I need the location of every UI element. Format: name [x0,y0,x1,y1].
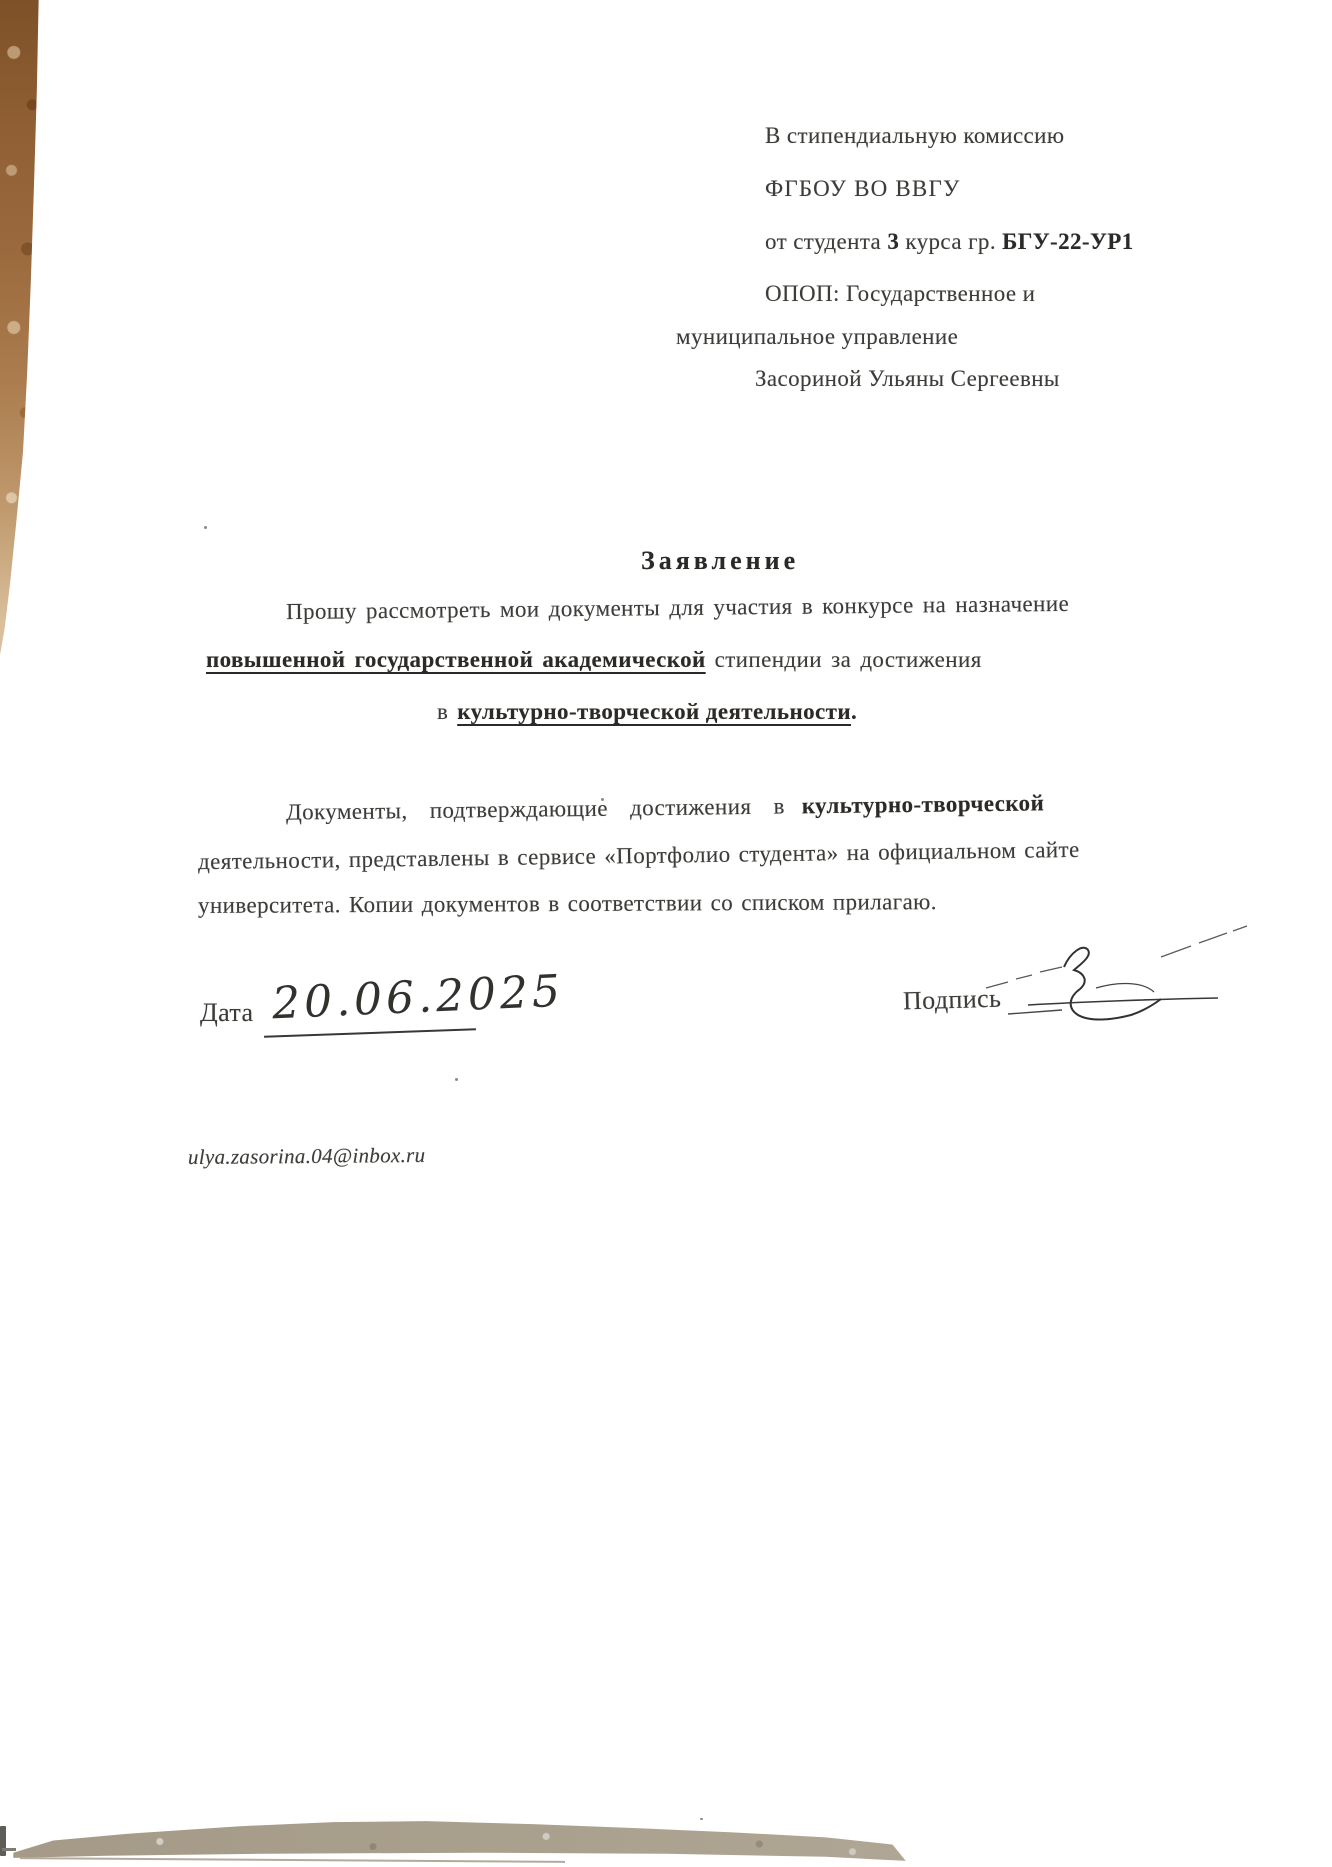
institution-line: ФГБОУ ВО ВВГУ [765,176,960,202]
paragraph2-line1-bold: культурно-творческой [802,790,1045,818]
paragraph2-line3-text: университета. Копии документов в соответ… [198,889,937,918]
scan-speck [204,526,207,529]
date-value-text: 20.06.2025 [271,966,565,1030]
course-number: 3 [887,229,899,254]
activity-area-bold-underlined: культурно-творческой деятельности [457,699,851,724]
group-code: БГУ-22-УР1 [1002,229,1133,254]
paragraph2-line2: деятельности, представлены в сервисе «По… [198,837,1080,875]
applicant-name-line: Засориной Ульяны Сергеевны [755,366,1060,392]
paragraph1-line1: Прошу рассмотреть мои документы для учас… [286,591,1069,625]
date-value-handwritten: 20.06.2025 [271,966,565,1030]
paragraph1-line3-prefix: в [437,699,448,724]
addressee-commission-text: В стипендиальную комиссию [765,123,1064,148]
program-line-second: муниципальное управление [676,324,958,350]
student-prefix-text: от студента [765,229,887,254]
paragraph2-line2-text: деятельности, представлены в сервисе «По… [198,837,1080,874]
paragraph2-line3: университета. Копии документов в соответ… [198,889,937,919]
date-underline [264,1028,476,1037]
paragraph1-line1-text: Прошу рассмотреть мои документы для учас… [286,591,1069,624]
scanned-application-document: В стипендиальную комиссию ФГБОУ ВО ВВГУ … [0,0,1332,1867]
scan-speck [700,1818,703,1820]
student-mid-text: курса гр. [899,229,1002,254]
scan-bottom-thin-line [20,1857,565,1863]
signature-scribble [980,915,1265,1045]
paragraph2-line1-regular: Документы, подтверждающие достижения в [286,794,785,825]
document-title: Заявление [641,546,799,576]
paragraph1-line3: вкультурно-творческой деятельности. [437,699,857,725]
date-label: Дата [200,998,253,1028]
institution-text: ФГБОУ ВО ВВГУ [765,176,960,201]
program-line-first: ОПОП: Государственное и [765,281,1035,307]
scan-bottom-left-mark [0,1826,6,1856]
paragraph2-line1: Документы, подтверждающие достижения вку… [286,790,1044,825]
addressee-commission-line: В стипендиальную комиссию [765,123,1064,149]
contact-email-text: ulya.zasorina.04@inbox.ru [188,1143,426,1169]
contact-email: ulya.zasorina.04@inbox.ru [188,1143,426,1170]
applicant-name-text: Засориной Ульяны Сергеевны [755,366,1060,391]
scan-speck [455,1078,458,1081]
student-course-group-line: от студента 3 курса гр. БГУ-22-УР1 [765,229,1134,255]
scan-bottom-left-mark-small [2,1848,16,1851]
program-text-second: муниципальное управление [676,324,958,349]
paragraph1-line2: повышенной государственной академической… [206,647,982,673]
scan-left-torn-edge [0,0,46,655]
program-text-first: ОПОП: Государственное и [765,281,1035,306]
date-label-text: Дата [200,998,253,1027]
paragraph1-line2-rest: стипендии за достижения [715,647,982,672]
scholarship-type-bold-underlined: повышенной государственной академической [206,647,706,672]
document-title-text: Заявление [641,546,799,575]
paragraph1-line3-period: . [851,699,857,724]
